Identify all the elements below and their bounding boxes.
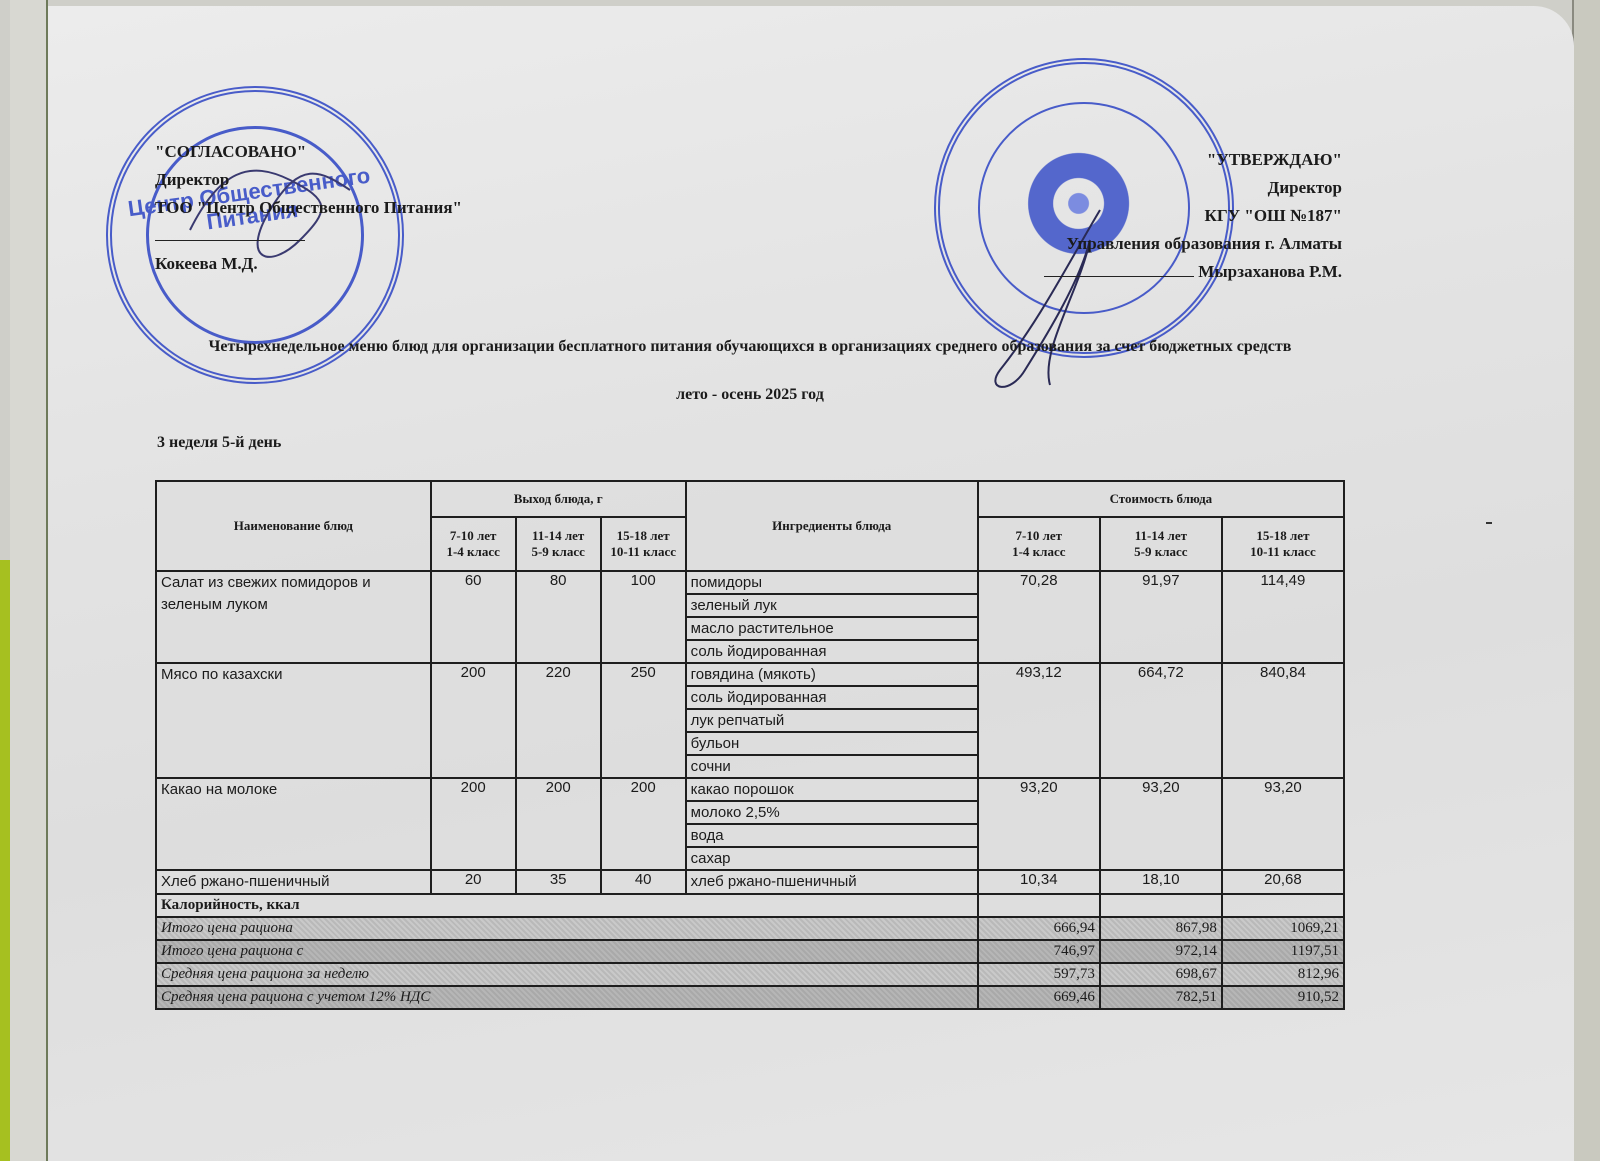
summary-value: 666,94 bbox=[978, 917, 1100, 940]
dish-name: Какао на молоке bbox=[156, 778, 431, 870]
ingredient: зеленый лук bbox=[686, 594, 978, 617]
age-label: 15-18 лет bbox=[606, 528, 681, 544]
summary-value: 1197,51 bbox=[1222, 940, 1344, 963]
dish-cost: 840,84 bbox=[1222, 663, 1344, 778]
dish-cost: 20,68 bbox=[1222, 870, 1344, 894]
dish-cost: 93,20 bbox=[1222, 778, 1344, 870]
approval-organization: КГУ "ОШ №187" bbox=[1044, 202, 1342, 230]
approval-approved-block: "УТВЕРЖДАЮ" Директор КГУ "ОШ №187" Управ… bbox=[1044, 146, 1342, 286]
document-title: Четырехнедельное меню блюд для организац… bbox=[150, 334, 1350, 360]
summary-value: 910,52 bbox=[1222, 986, 1344, 1009]
yield-age-group-1: 11-14 лет5-9 класс bbox=[516, 517, 601, 571]
paper-mark bbox=[1486, 522, 1492, 524]
summary-label: Средняя цена рациона за неделю bbox=[156, 963, 978, 986]
header-yield: Выход блюда, г bbox=[431, 481, 686, 517]
menu-table: Наименование блюд Выход блюда, г Ингреди… bbox=[155, 480, 1345, 1010]
header-dish-name: Наименование блюд bbox=[156, 481, 431, 571]
dish-yield: 200 bbox=[431, 663, 516, 778]
dish-yield: 40 bbox=[601, 870, 686, 894]
grade-label: 1-4 класс bbox=[436, 544, 511, 560]
dish-cost: 93,20 bbox=[1100, 778, 1222, 870]
grade-label: 5-9 класс bbox=[1105, 544, 1217, 560]
summary-value: 812,96 bbox=[1222, 963, 1344, 986]
cost-age-group-2: 15-18 лет10-11 класс bbox=[1222, 517, 1344, 571]
approval-organization: ТОО "Центр Общественного Питания" bbox=[155, 194, 462, 222]
calories-value bbox=[1222, 894, 1344, 917]
dish-yield: 20 bbox=[431, 870, 516, 894]
dish-yield: 200 bbox=[601, 778, 686, 870]
ingredient: вода bbox=[686, 824, 978, 847]
grade-label: 5-9 класс bbox=[521, 544, 596, 560]
ingredient: какао порошок bbox=[686, 778, 978, 801]
ingredient: бульон bbox=[686, 732, 978, 755]
signature-line bbox=[1044, 276, 1194, 277]
summary-label: Средняя цена рациона с учетом 12% НДС bbox=[156, 986, 978, 1009]
grade-label: 10-11 класс bbox=[606, 544, 681, 560]
age-label: 11-14 лет bbox=[521, 528, 596, 544]
yield-age-group-2: 15-18 лет10-11 класс bbox=[601, 517, 686, 571]
summary-value: 597,73 bbox=[978, 963, 1100, 986]
calories-value bbox=[1100, 894, 1222, 917]
ingredient: сочни bbox=[686, 755, 978, 778]
approval-department: Управления образования г. Алматы bbox=[1044, 230, 1342, 258]
calories-label: Калорийность, ккал bbox=[156, 894, 978, 917]
ingredient: лук репчатый bbox=[686, 709, 978, 732]
dish-cost: 70,28 bbox=[978, 571, 1100, 663]
yield-age-group-0: 7-10 лет1-4 класс bbox=[431, 517, 516, 571]
dish-yield: 250 bbox=[601, 663, 686, 778]
summary-value: 867,98 bbox=[1100, 917, 1222, 940]
summary-value: 782,51 bbox=[1100, 986, 1222, 1009]
green-wall-edge bbox=[0, 560, 10, 1161]
table-row: Мясо по казахски200220250говядина (мякот… bbox=[156, 663, 1344, 686]
summary-value: 972,14 bbox=[1100, 940, 1222, 963]
ingredient: говядина (мякоть) bbox=[686, 663, 978, 686]
summary-label: Итого цена рациона с bbox=[156, 940, 978, 963]
approval-position: Директор bbox=[155, 166, 462, 194]
dish-name: Мясо по казахски bbox=[156, 663, 431, 778]
calories-row: Калорийность, ккал bbox=[156, 894, 1344, 917]
week-day-label: 3 неделя 5-й день bbox=[157, 434, 281, 452]
dish-yield: 60 bbox=[431, 571, 516, 663]
table-row: Салат из свежих помидоров и зеленым луко… bbox=[156, 571, 1344, 594]
summary-row: Средняя цена рациона с учетом 12% НДС669… bbox=[156, 986, 1344, 1009]
summary-row: Итого цена рациона666,94867,981069,21 bbox=[156, 917, 1344, 940]
calories-value bbox=[978, 894, 1100, 917]
dish-yield: 100 bbox=[601, 571, 686, 663]
age-label: 15-18 лет bbox=[1227, 528, 1339, 544]
cost-age-group-1: 11-14 лет5-9 класс bbox=[1100, 517, 1222, 571]
dish-cost: 18,10 bbox=[1100, 870, 1222, 894]
table-row: Хлеб ржано-пшеничный203540хлеб ржано-пше… bbox=[156, 870, 1344, 894]
frame-left bbox=[10, 0, 48, 1161]
grade-label: 10-11 класс bbox=[1227, 544, 1339, 560]
summary-value: 698,67 bbox=[1100, 963, 1222, 986]
dish-name: Салат из свежих помидоров и зеленым луко… bbox=[156, 571, 431, 663]
ingredient: соль йодированная bbox=[686, 686, 978, 709]
approval-heading: "СОГЛАСОВАНО" bbox=[155, 138, 462, 166]
table-row: Какао на молоке200200200какао порошок93,… bbox=[156, 778, 1344, 801]
approval-heading: "УТВЕРЖДАЮ" bbox=[1044, 146, 1342, 174]
grade-label: 1-4 класс bbox=[983, 544, 1095, 560]
cost-age-group-0: 7-10 лет1-4 класс bbox=[978, 517, 1100, 571]
dish-cost: 664,72 bbox=[1100, 663, 1222, 778]
ingredient: соль йодированная bbox=[686, 640, 978, 663]
approval-name: Кокеева М.Д. bbox=[155, 250, 462, 278]
summary-row: Средняя цена рациона за неделю597,73698,… bbox=[156, 963, 1344, 986]
dish-name: Хлеб ржано-пшеничный bbox=[156, 870, 431, 894]
frame-right bbox=[1572, 0, 1600, 1161]
approval-name: Мырзаханова Р.М. bbox=[1198, 262, 1342, 281]
age-label: 11-14 лет bbox=[1105, 528, 1217, 544]
dish-cost: 91,97 bbox=[1100, 571, 1222, 663]
approval-position: Директор bbox=[1044, 174, 1342, 202]
summary-row: Итого цена рациона с746,97972,141197,51 bbox=[156, 940, 1344, 963]
approval-agreed-block: "СОГЛАСОВАНО" Директор ТОО "Центр Общест… bbox=[155, 138, 462, 278]
summary-label: Итого цена рациона bbox=[156, 917, 978, 940]
ingredient: молоко 2,5% bbox=[686, 801, 978, 824]
ingredient: масло растительное bbox=[686, 617, 978, 640]
summary-value: 669,46 bbox=[978, 986, 1100, 1009]
dish-yield: 220 bbox=[516, 663, 601, 778]
age-label: 7-10 лет bbox=[983, 528, 1095, 544]
dish-cost: 10,34 bbox=[978, 870, 1100, 894]
dish-yield: 35 bbox=[516, 870, 601, 894]
ingredient: хлеб ржано-пшеничный bbox=[686, 870, 978, 894]
summary-value: 746,97 bbox=[978, 940, 1100, 963]
header-cost: Стоимость блюда bbox=[978, 481, 1344, 517]
dish-yield: 200 bbox=[516, 778, 601, 870]
header-ingredients: Ингредиенты блюда bbox=[686, 481, 978, 571]
dish-cost: 114,49 bbox=[1222, 571, 1344, 663]
dish-yield: 80 bbox=[516, 571, 601, 663]
dish-yield: 200 bbox=[431, 778, 516, 870]
summary-value: 1069,21 bbox=[1222, 917, 1344, 940]
ingredient: сахар bbox=[686, 847, 978, 870]
signature-line bbox=[155, 240, 305, 241]
dish-cost: 93,20 bbox=[978, 778, 1100, 870]
age-label: 7-10 лет bbox=[436, 528, 511, 544]
dish-cost: 493,12 bbox=[978, 663, 1100, 778]
season-label: лето - осень 2025 год bbox=[150, 386, 1350, 404]
ingredient: помидоры bbox=[686, 571, 978, 594]
